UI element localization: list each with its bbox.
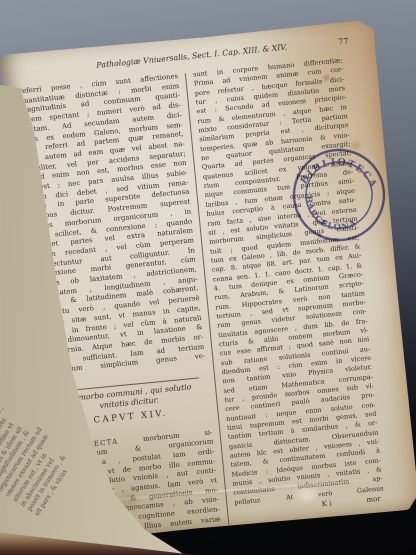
- stamp-text-top: BIBLIOTECA: [298, 147, 384, 202]
- signature-mark: K i: [321, 500, 331, 509]
- page-number: 77: [338, 37, 349, 47]
- stamp-text-bottom: BARCELONA: [296, 193, 363, 238]
- svg-text:BIBLIOTECA: BIBLIOTECA: [298, 147, 384, 202]
- svg-text:BARCELONA: BARCELONA: [296, 193, 363, 238]
- catchword: mor: [366, 495, 381, 504]
- photo-scene: Pathologiæ Vniuersalis, Sect. I. Cap. XI…: [0, 0, 416, 555]
- right-column-text: sunt in corpore humano differentiæ; Prim…: [193, 56, 384, 508]
